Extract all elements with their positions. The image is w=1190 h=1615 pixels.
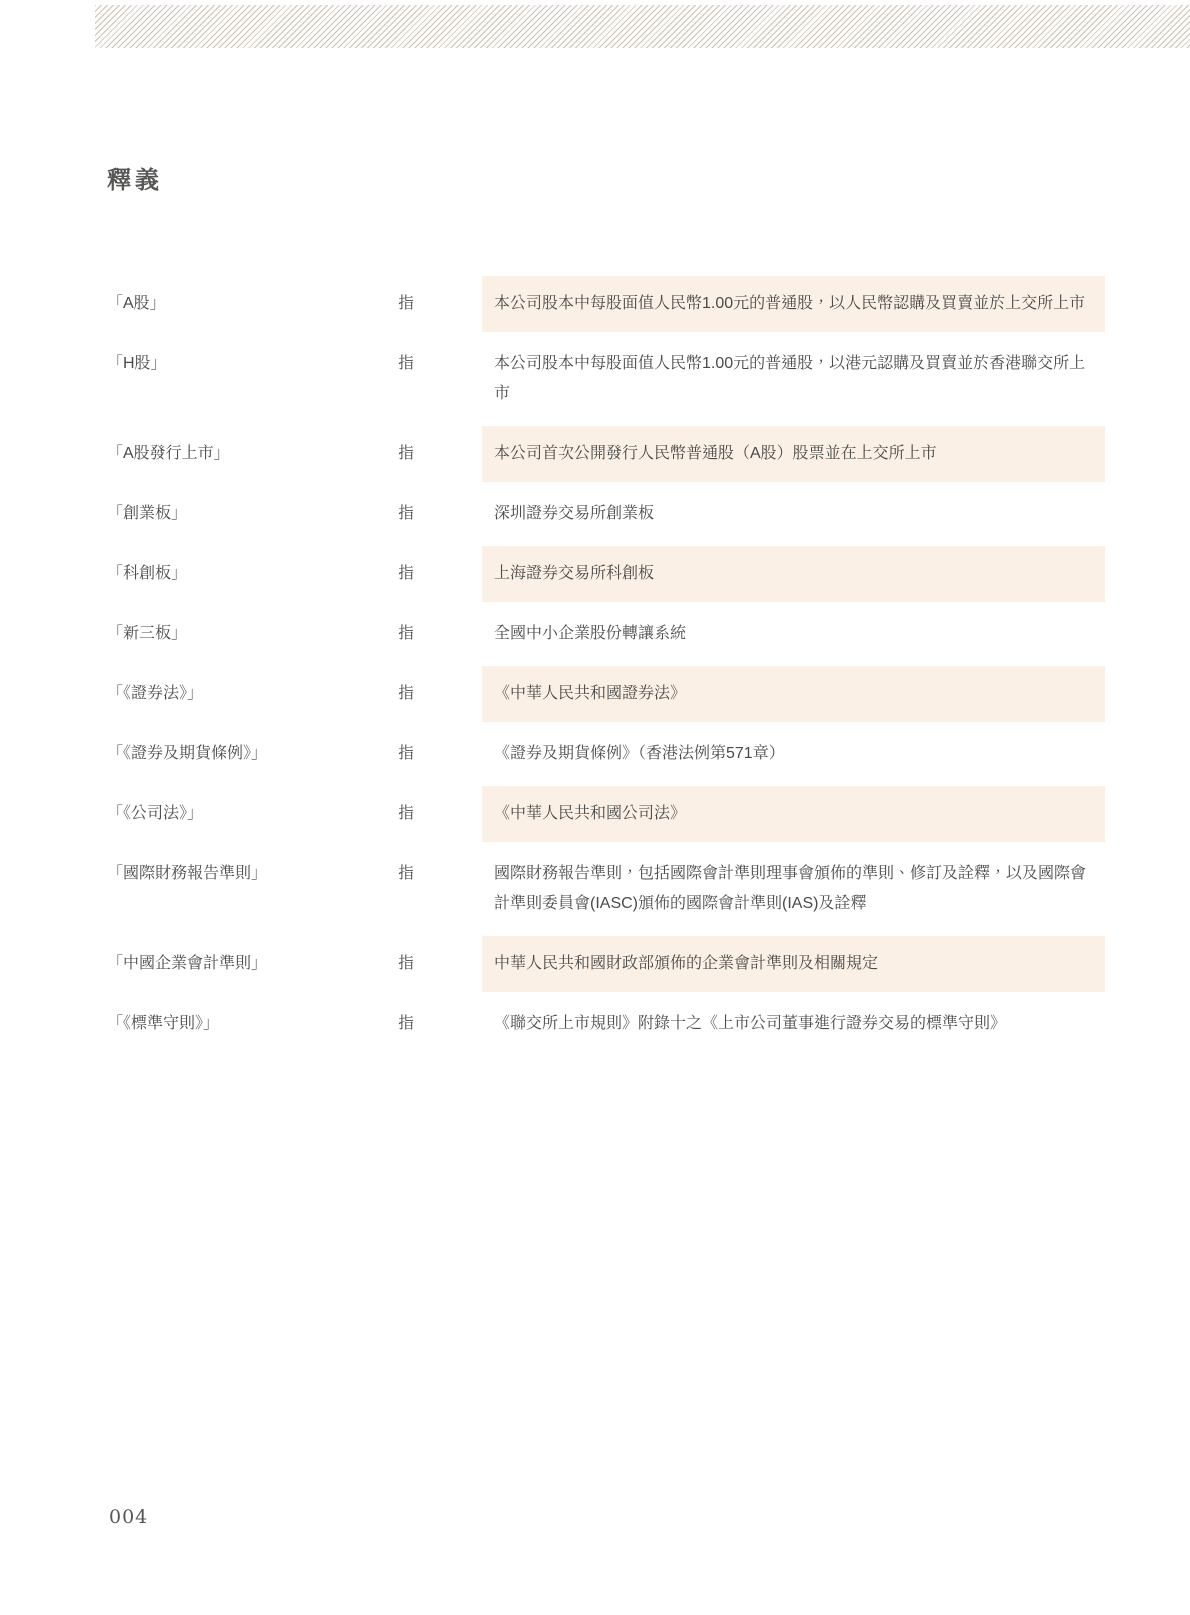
definition: 中華人民共和國財政部頒佈的企業會計準則及相關規定 (482, 936, 1105, 992)
definition-row: 「A股」 指 本公司股本中每股面值人民幣1.00元的普通股，以人民幣認購及買賣並… (107, 276, 1105, 332)
definition-row: 「H股」 指 本公司股本中每股面值人民幣1.00元的普通股，以港元認購及買賣並於… (107, 336, 1105, 422)
definition: 《聯交所上市規則》附錄十之《上市公司董事進行證券交易的標準守則》 (482, 996, 1105, 1052)
definition: 深圳證券交易所創業板 (482, 486, 1105, 542)
connector: 指 (398, 426, 482, 482)
term: 「《證券及期貨條例》」 (107, 726, 398, 782)
decorative-hatch-band (95, 5, 1190, 48)
connector: 指 (398, 336, 482, 422)
connector: 指 (398, 666, 482, 722)
page-number: 004 (109, 1506, 148, 1528)
term: 「H股」 (107, 336, 398, 422)
definition: 上海證券交易所科創板 (482, 546, 1105, 602)
definition-row: 「《證券及期貨條例》」 指 《證券及期貨條例》（香港法例第571章） (107, 726, 1105, 782)
definition-row: 「《公司法》」 指 《中華人民共和國公司法》 (107, 786, 1105, 842)
definition-row: 「新三板」 指 全國中小企業股份轉讓系統 (107, 606, 1105, 662)
term: 「中國企業會計準則」 (107, 936, 398, 992)
definitions-page: 釋義 「A股」 指 本公司股本中每股面值人民幣1.00元的普通股，以人民幣認購及… (0, 0, 1190, 1615)
definition-row: 「科創板」 指 上海證券交易所科創板 (107, 546, 1105, 602)
definition: 《證券及期貨條例》（香港法例第571章） (482, 726, 1105, 782)
connector: 指 (398, 486, 482, 542)
page-title: 釋義 (107, 160, 163, 195)
term: 「科創板」 (107, 546, 398, 602)
term: 「《證券法》」 (107, 666, 398, 722)
term: 「國際財務報告準則」 (107, 846, 398, 932)
term: 「《公司法》」 (107, 786, 398, 842)
connector: 指 (398, 546, 482, 602)
connector: 指 (398, 726, 482, 782)
definition-row: 「國際財務報告準則」 指 國際財務報告準則，包括國際會計準則理事會頒佈的準則、修… (107, 846, 1105, 932)
term: 「A股發行上市」 (107, 426, 398, 482)
connector: 指 (398, 936, 482, 992)
connector: 指 (398, 786, 482, 842)
definition: 《中華人民共和國公司法》 (482, 786, 1105, 842)
definition: 本公司股本中每股面值人民幣1.00元的普通股，以人民幣認購及買賣並於上交所上市 (482, 276, 1105, 332)
definition-row: 「中國企業會計準則」 指 中華人民共和國財政部頒佈的企業會計準則及相關規定 (107, 936, 1105, 992)
connector: 指 (398, 276, 482, 332)
term: 「新三板」 (107, 606, 398, 662)
connector: 指 (398, 996, 482, 1052)
definition-row: 「《標準守則》」 指 《聯交所上市規則》附錄十之《上市公司董事進行證券交易的標準… (107, 996, 1105, 1052)
term: 「創業板」 (107, 486, 398, 542)
definition: 全國中小企業股份轉讓系統 (482, 606, 1105, 662)
definition-row: 「創業板」 指 深圳證券交易所創業板 (107, 486, 1105, 542)
definition: 本公司首次公開發行人民幣普通股（A股）股票並在上交所上市 (482, 426, 1105, 482)
definition: 《中華人民共和國證券法》 (482, 666, 1105, 722)
definition: 本公司股本中每股面值人民幣1.00元的普通股，以港元認購及買賣並於香港聯交所上市 (482, 336, 1105, 422)
connector: 指 (398, 846, 482, 932)
definition: 國際財務報告準則，包括國際會計準則理事會頒佈的準則、修訂及詮釋，以及國際會計準則… (482, 846, 1105, 932)
connector: 指 (398, 606, 482, 662)
term: 「《標準守則》」 (107, 996, 398, 1052)
definition-row: 「A股發行上市」 指 本公司首次公開發行人民幣普通股（A股）股票並在上交所上市 (107, 426, 1105, 482)
definitions-table: 「A股」 指 本公司股本中每股面值人民幣1.00元的普通股，以人民幣認購及買賣並… (107, 276, 1105, 1056)
term: 「A股」 (107, 276, 398, 332)
definition-row: 「《證券法》」 指 《中華人民共和國證券法》 (107, 666, 1105, 722)
